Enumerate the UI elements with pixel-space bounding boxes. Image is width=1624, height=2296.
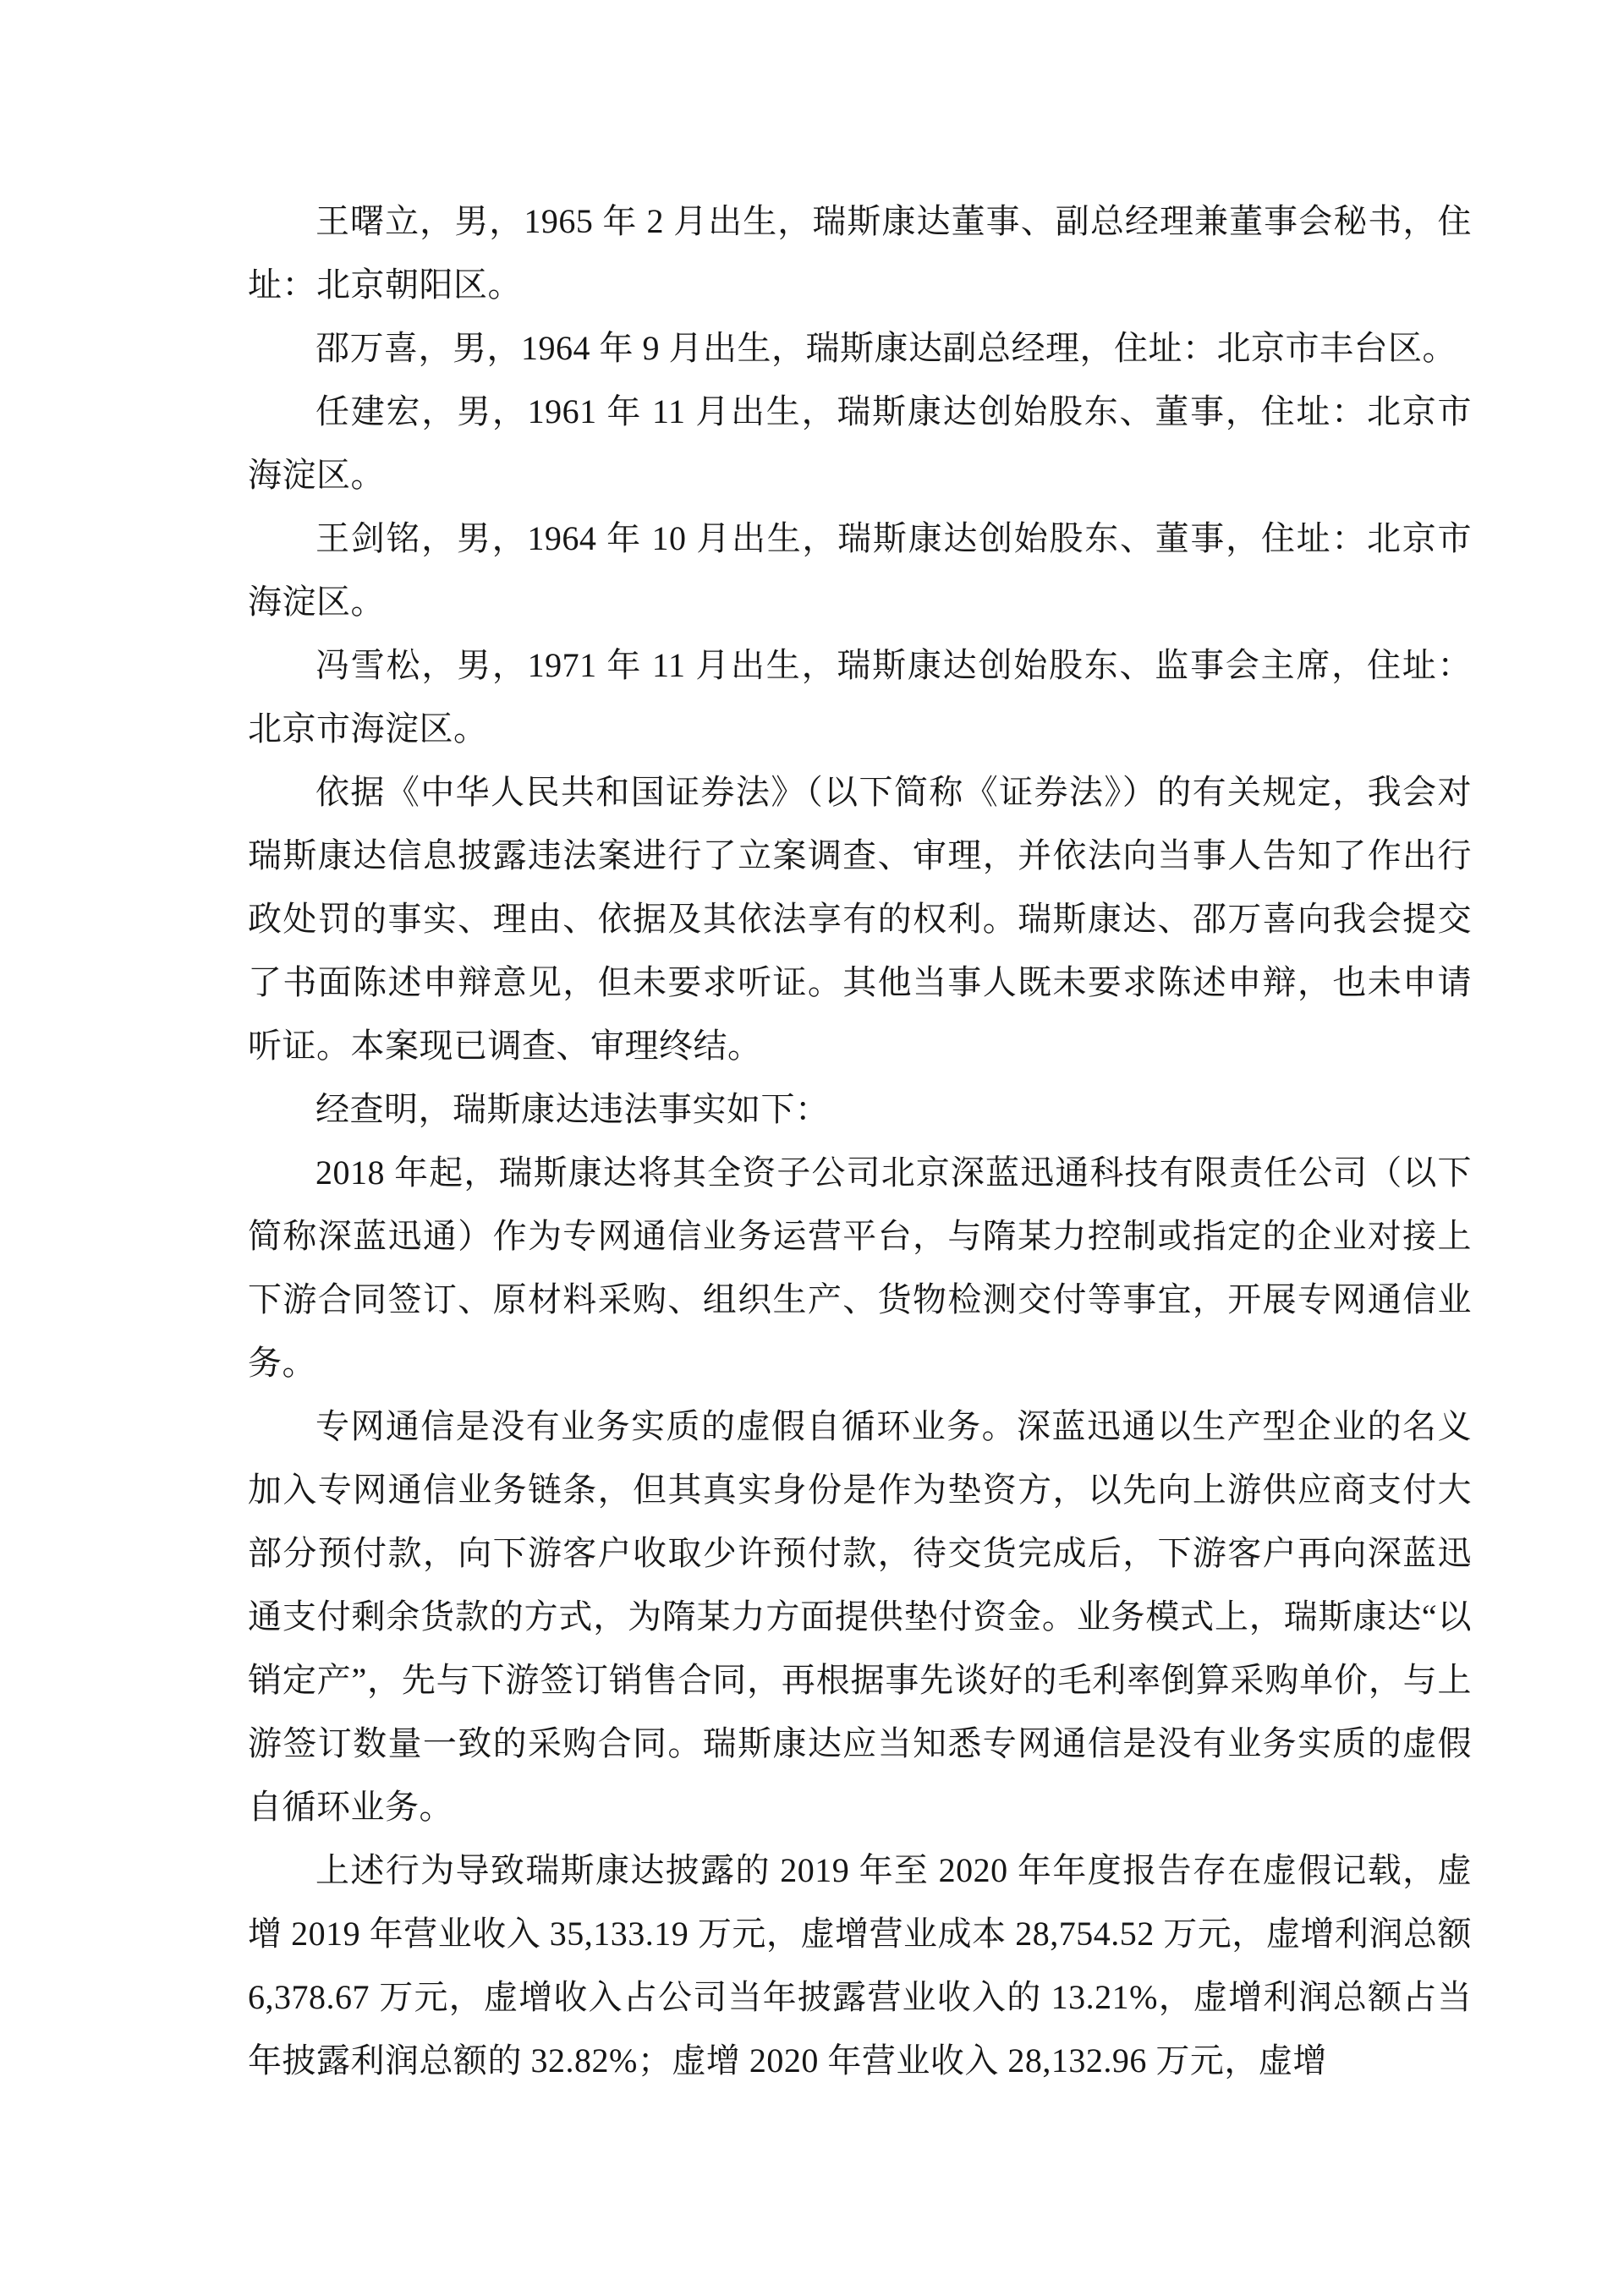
paragraph-false-records-figures: 上述行为导致瑞斯康达披露的 2019 年至 2020 年年度报告存在虚假记载，虚… [248, 1838, 1472, 2092]
document-body: 王曙立，男，1965 年 2 月出生，瑞斯康达董事、副总经理兼董事会秘书，住址：… [248, 189, 1472, 2092]
paragraph-shao-wanxi: 邵万喜，男，1964 年 9 月出生，瑞斯康达副总经理，住址：北京市丰台区。 [248, 316, 1472, 380]
paragraph-wang-shuli: 王曙立，男，1965 年 2 月出生，瑞斯康达董事、副总经理兼董事会秘书，住址：… [248, 189, 1472, 316]
paragraph-feng-xuesong: 冯雪松，男，1971 年 11 月出生，瑞斯康达创始股东、监事会主席，住址：北京… [248, 633, 1472, 760]
paragraph-2018-private-network-platform: 2018 年起，瑞斯康达将其全资子公司北京深蓝迅通科技有限责任公司（以下简称深蓝… [248, 1141, 1472, 1395]
paragraph-findings-intro: 经查明，瑞斯康达违法事实如下： [248, 1077, 1472, 1141]
paragraph-wang-jianming: 王剑铭，男，1964 年 10 月出生，瑞斯康达创始股东、董事，住址：北京市海淀… [248, 507, 1472, 633]
paragraph-legal-basis-and-procedure: 依据《中华人民共和国证券法》（以下简称《证券法》）的有关规定，我会对瑞斯康达信息… [248, 760, 1472, 1077]
paragraph-ren-jianhong: 任建宏，男，1961 年 11 月出生，瑞斯康达创始股东、董事，住址：北京市海淀… [248, 380, 1472, 507]
paragraph-self-circulating-business-scheme: 专网通信是没有业务实质的虚假自循环业务。深蓝迅通以生产型企业的名义加入专网通信业… [248, 1395, 1472, 1838]
document-page: 王曙立，男，1965 年 2 月出生，瑞斯康达董事、副总经理兼董事会秘书，住址：… [0, 0, 1624, 2296]
